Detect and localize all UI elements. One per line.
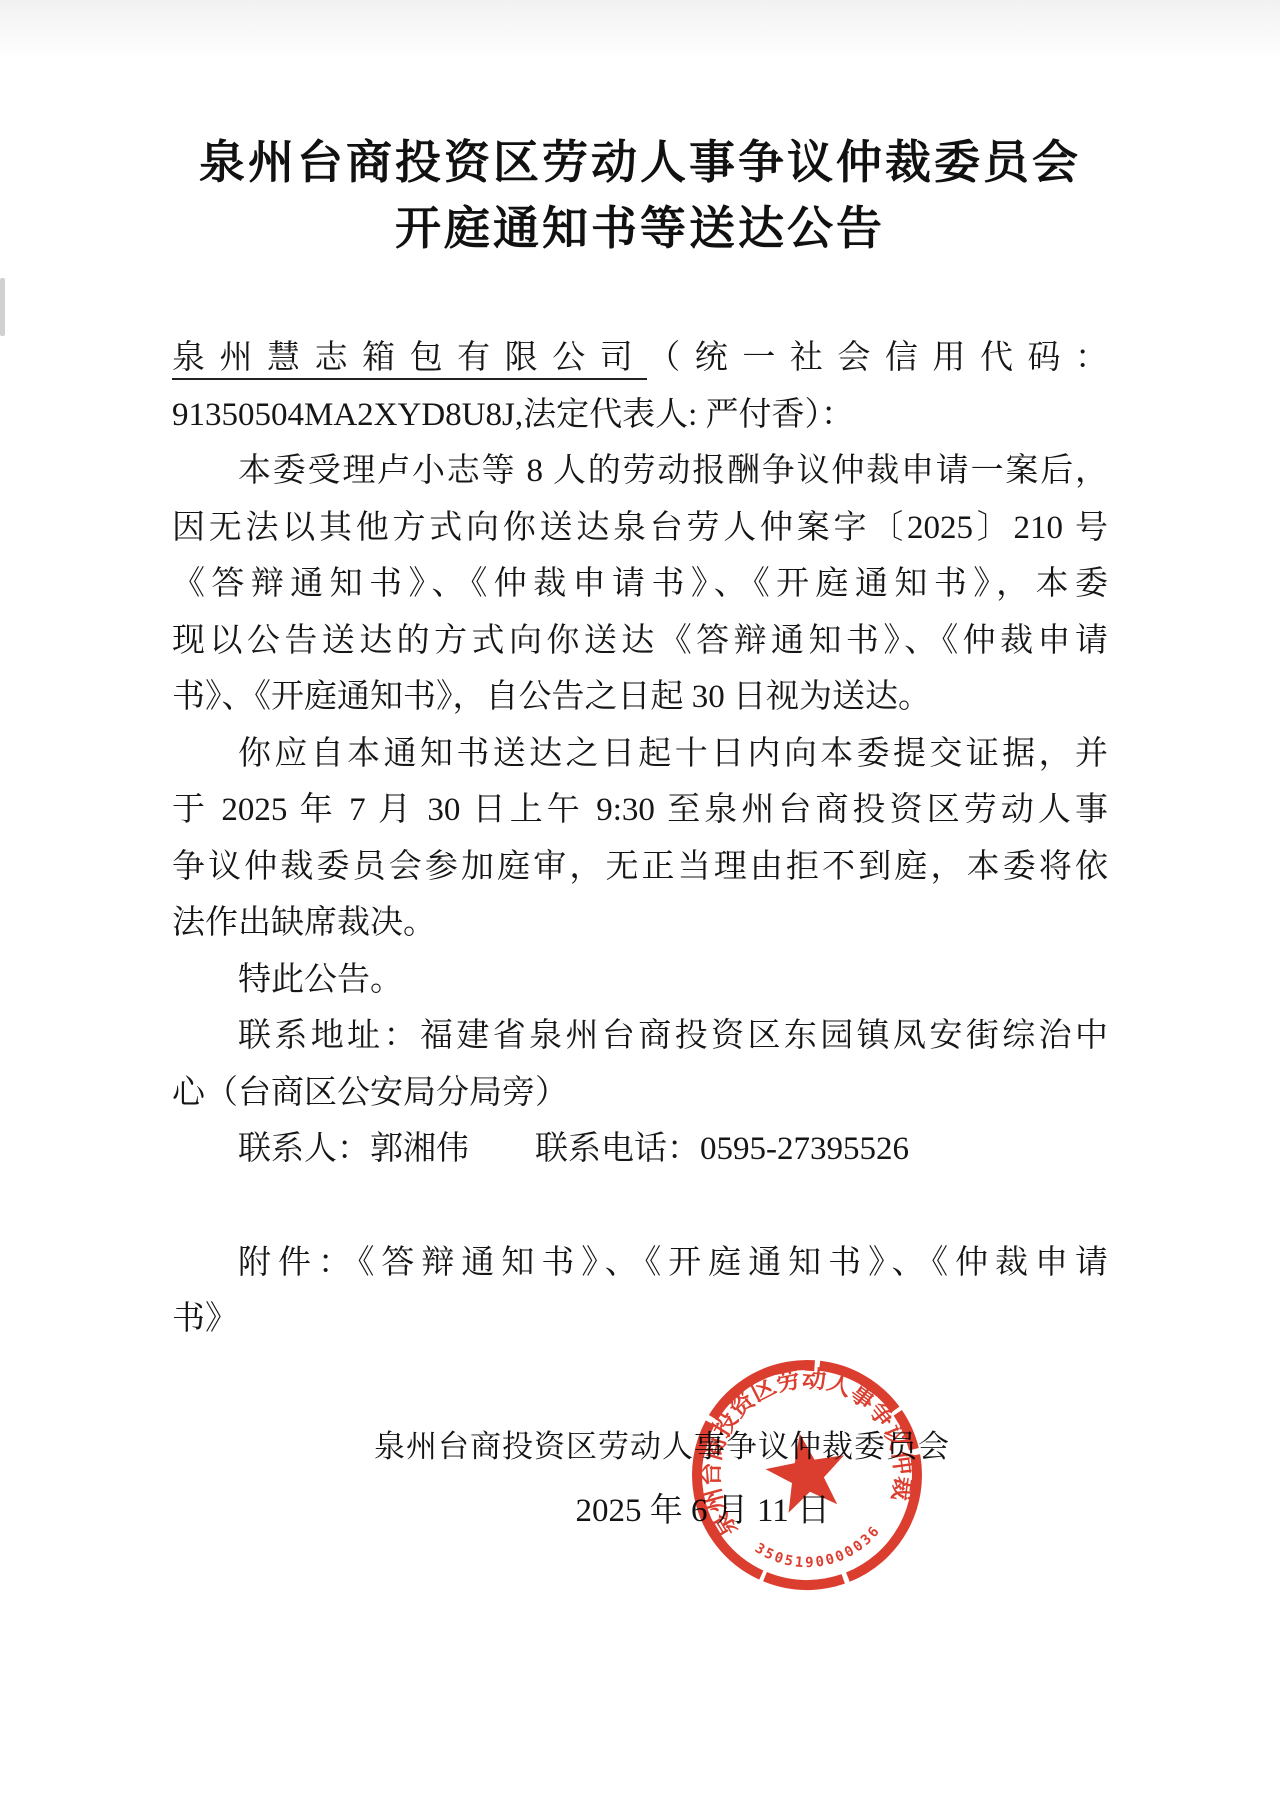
body-line: 《答辩通知书》、《仲裁申请书》、《开庭通知书》，本委 [172,556,1108,613]
body-line: 心（台商区公安局分局旁） [172,1065,1108,1122]
signature-committee: 泉州台商投资区劳动人事争议仲裁委员会 [172,1418,1108,1475]
body-line: 现以公告送达的方式向你送达《答辩通知书》、《仲裁申请 [172,613,1108,670]
signature-block: 泉州台商投资区劳动人事争议仲裁委员会 2025 年 6 月 11 日 [172,1418,1108,1540]
body-line: 你应自本通知书送达之日起十日内向本委提交证据，并 [172,726,1108,783]
body-line: 因无法以其他方式向你送达泉台劳人仲案字〔2025〕210 号 [172,500,1108,557]
page: { "document": { "title": { "line1": "泉州台… [0,0,1280,1817]
intro-line: 泉州慧志箱包有限公司（统一社会信用代码： [172,330,1108,387]
body-line: 本委受理卢小志等 8 人的劳动报酬争议仲裁申请一案后， [172,443,1108,500]
company-name: 泉州慧志箱包有限公司 [172,340,647,380]
document-title: 泉州台商投资区劳动人事争议仲裁委员会 开庭通知书等送达公告 [172,130,1108,262]
notice-document: 泉州台商投资区劳动人事争议仲裁委员会 开庭通知书等送达公告 泉州慧志箱包有限公司… [0,0,1280,1817]
body-line: 联系人：郭湘伟 联系电话：0595-27395526 [172,1121,1108,1178]
official-seal: 泉州台商投资区劳动人事争议仲裁委员会 3505190000036 [685,1353,929,1597]
body-line: 于 2025 年 7 月 30 日上午 9:30 至泉州台商投资区劳动人事 [172,782,1108,839]
body-line: 联系地址：福建省泉州台商投资区东园镇凤安街综治中 [172,1008,1108,1065]
title-line-2: 开庭通知书等送达公告 [172,196,1108,262]
body-line: 书》 [172,1291,1108,1348]
body-line: 法作出缺席裁决。 [172,895,1108,952]
title-line-1: 泉州台商投资区劳动人事争议仲裁委员会 [172,130,1108,196]
body-line: 特此公告。 [172,952,1108,1009]
body-line: 书》、《开庭通知书》，自公告之日起 30 日视为送达。 [172,669,1108,726]
body-line: 91350504MA2XYD8U8J,法定代表人: 严付香）： [172,387,1108,444]
body-line: 争议仲裁委员会参加庭审，无正当理由拒不到庭，本委将依 [172,839,1108,896]
intro-rest: （统一社会信用代码： [647,340,1108,376]
seal-star-icon [760,1427,852,1516]
signature-date: 2025 年 6 月 11 日 [172,1483,1108,1540]
attachment-line: 附件：《答辩通知书》、《开庭通知书》、《仲裁申请 [172,1235,1108,1292]
document-body: 泉州慧志箱包有限公司（统一社会信用代码： 91350504MA2XYD8U8J,… [172,330,1108,1348]
